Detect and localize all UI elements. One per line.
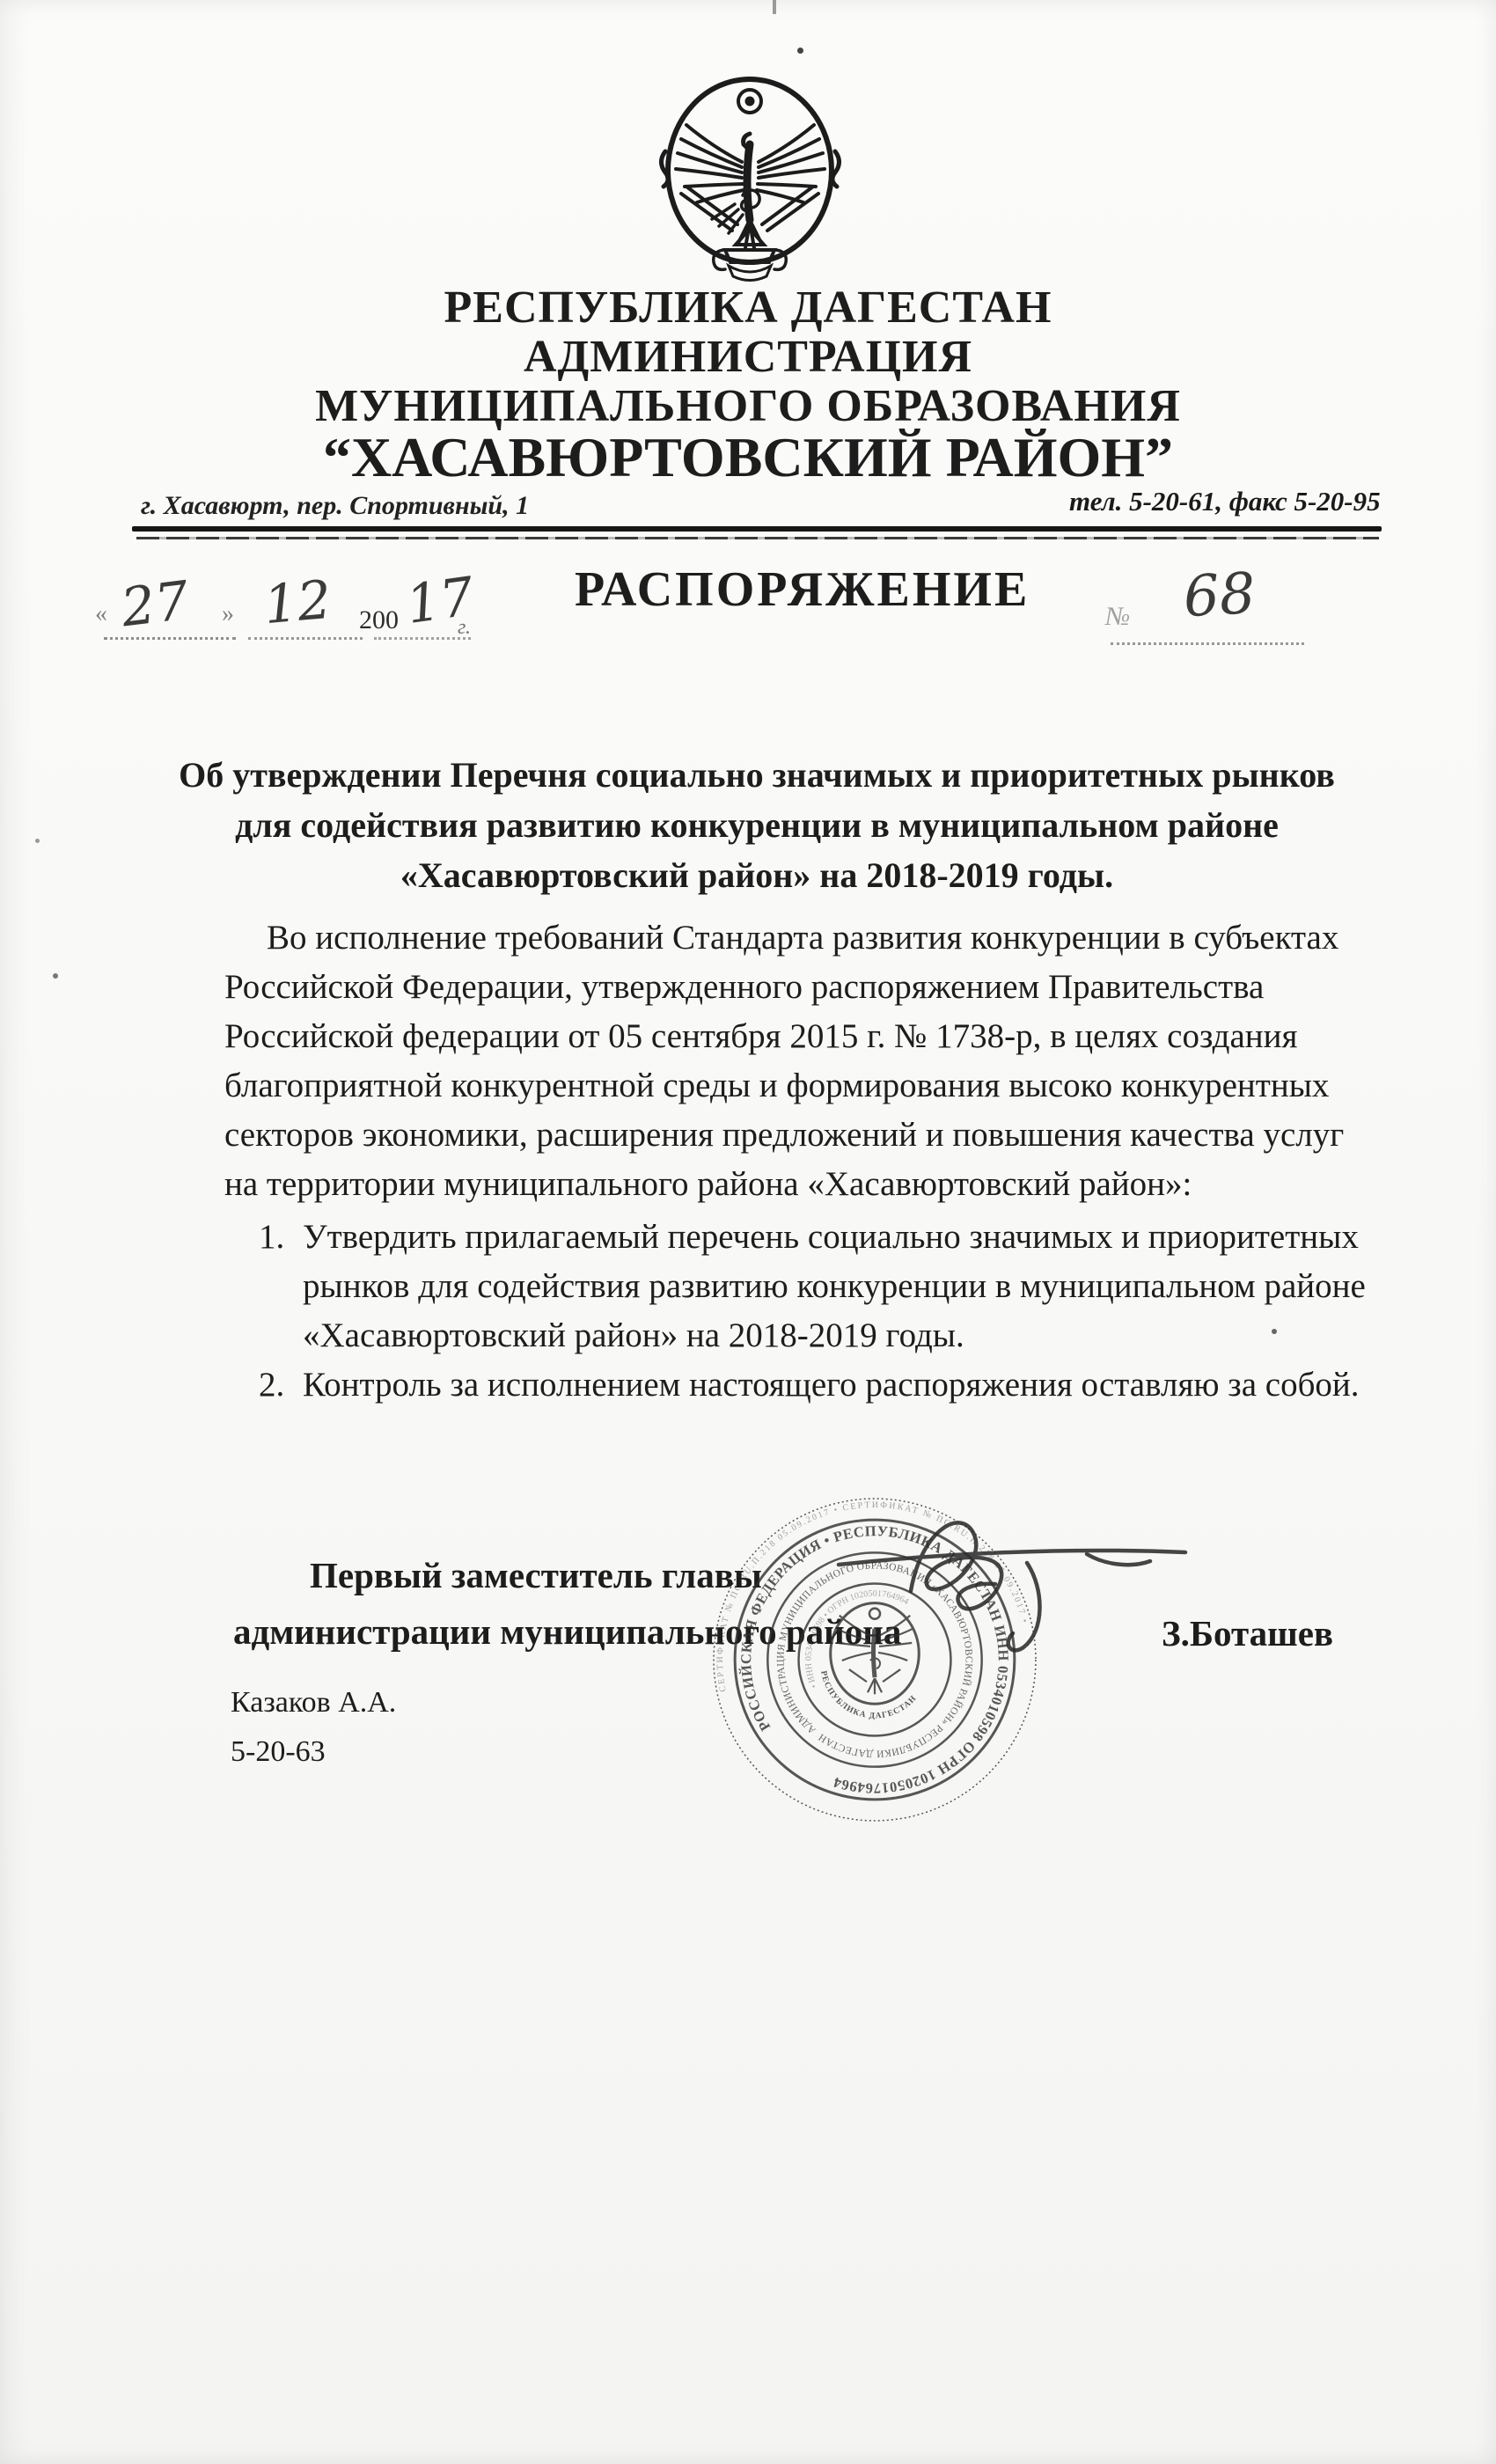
order-preamble: Во исполнение требований Стандарта разви…	[224, 913, 1360, 1209]
order-item-1: 1. Утвердить прилагаемый перечень социал…	[259, 1213, 1366, 1360]
order-items: 1. Утвердить прилагаемый перечень социал…	[259, 1213, 1366, 1410]
number-sign: №	[1105, 602, 1130, 632]
date-day-underline	[104, 637, 236, 640]
org-address: г. Хасавюрт, пер. Спортивный, 1	[141, 491, 529, 521]
letterhead-rule	[132, 526, 1382, 532]
title-line: для содействия развитию конкуренции в му…	[176, 800, 1338, 850]
date-quote-close: »	[222, 600, 234, 628]
item-number: 1.	[259, 1213, 303, 1360]
item-line: рынков для содействия развитию конкуренц…	[303, 1262, 1366, 1311]
handwritten-signature	[823, 1484, 1201, 1668]
date-year-printed: 200	[359, 605, 399, 635]
item-number: 2.	[259, 1360, 303, 1410]
org-line-administration: АДМИНИСТРАЦИЯ	[0, 333, 1496, 382]
date-quote-open: «	[95, 600, 107, 628]
item-line: Контроль за исполнением настоящего распо…	[303, 1360, 1366, 1410]
letterhead-org-name: РЕСПУБЛИКА ДАГЕСТАН АДМИНИСТРАЦИЯ МУНИЦИ…	[0, 283, 1496, 485]
order-item-2: 2. Контроль за исполнением настоящего ра…	[259, 1360, 1366, 1410]
document-type-heading: РАСПОРЯЖЕНИЕ	[575, 561, 1015, 618]
scan-speck	[53, 973, 58, 979]
scan-speck	[797, 48, 803, 54]
svg-text:РЕСПУБЛИКА ДАГЕСТАН: РЕСПУБЛИКА ДАГЕСТАН	[818, 1670, 919, 1721]
scanned-order-document: РЕСПУБЛИКА ДАГЕСТАН АДМИНИСТРАЦИЯ МУНИЦИ…	[0, 0, 1496, 2464]
item-text: Контроль за исполнением настоящего распо…	[303, 1360, 1366, 1410]
date-year-suffix: г.	[458, 616, 471, 640]
date-month-underline	[248, 637, 363, 640]
number-handwritten: 68	[1182, 561, 1257, 630]
date-year-underline	[374, 637, 471, 640]
stamp-center-text: РЕСПУБЛИКА ДАГЕСТАН	[818, 1670, 919, 1721]
org-line-district: “ХАСАВЮРТОВСКИЙ РАЙОН”	[0, 430, 1496, 485]
title-line: Об утверждении Перечня социально значимы…	[176, 750, 1338, 800]
executor-phone: 5-20-63	[231, 1735, 326, 1769]
scan-fold-mark	[773, 0, 776, 14]
scan-speck	[35, 839, 40, 843]
item-line: Утвердить прилагаемый перечень социально…	[303, 1213, 1366, 1262]
body-line: благоприятной конкурентной среды и форми…	[224, 1061, 1360, 1111]
number-underline	[1111, 642, 1304, 645]
item-text: Утвердить прилагаемый перечень социально…	[303, 1213, 1366, 1360]
date-day-handwritten: 27	[118, 570, 192, 640]
item-line: «Хасавюртовский район» на 2018-2019 годы…	[303, 1311, 1366, 1360]
org-line-municipal: МУНИЦИПАЛЬНОГО ОБРАЗОВАНИЯ	[0, 382, 1496, 430]
order-title: Об утверждении Перечня социально значимы…	[176, 750, 1338, 900]
letterhead-rule-shadow	[136, 537, 1379, 539]
body-line: Российской Федерации, утвержденного расп…	[224, 963, 1360, 1012]
date-month-handwritten: 12	[261, 569, 334, 636]
body-line: секторов экономики, расширения предложен…	[224, 1111, 1360, 1160]
executor-name: Казаков А.А.	[231, 1686, 396, 1720]
body-line: Российской федерации от 05 сентября 2015…	[224, 1012, 1360, 1061]
body-line: на территории муниципального района «Хас…	[224, 1160, 1360, 1209]
org-phone-fax: тел. 5-20-61, факс 5-20-95	[1069, 486, 1381, 517]
org-line-republic: РЕСПУБЛИКА ДАГЕСТАН	[0, 283, 1496, 333]
title-line: «Хасавюртовский район» на 2018-2019 годы…	[176, 850, 1338, 900]
dagestan-coat-of-arms-icon	[651, 63, 849, 283]
body-line: Во исполнение требований Стандарта разви…	[224, 913, 1360, 963]
signatory-post-line1: Первый заместитель главы	[310, 1554, 762, 1596]
